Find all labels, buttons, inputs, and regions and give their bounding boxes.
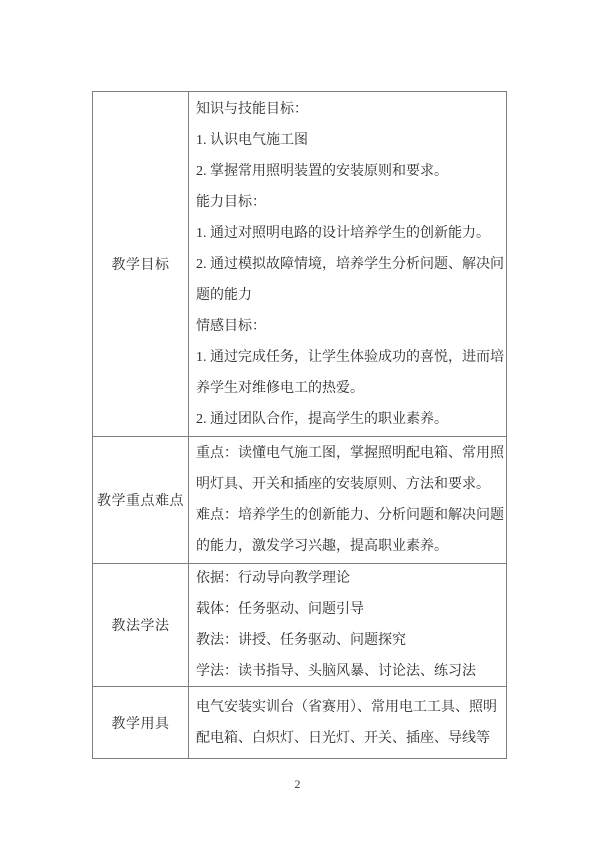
row-label-text: 教学用具 [112, 713, 170, 733]
lesson-plan-table: 教学目标 知识与技能目标： 1. 认识电气施工图 2. 掌握常用照明装置的安装原… [92, 91, 507, 759]
content-line: 学法：读书指导、头脑风暴、讨论法、练习法 [196, 656, 506, 686]
row-content-teaching-methods: 依据：行动导向教学理论 载体：任务驱动、问题引导 教法：讲授、任务驱动、问题探究… [189, 563, 506, 686]
content-line: 知识与技能目标： [196, 94, 506, 125]
row-label-key-difficult-points: 教学重点难点 [93, 436, 189, 563]
content-line: 1. 认识电气施工图 [196, 125, 506, 156]
row-label-teaching-methods: 教法学法 [93, 563, 189, 686]
content-line: 养学生对维修电工的热爱。 [196, 373, 506, 404]
content-line: 情感目标： [196, 311, 506, 342]
content-line: 难点：培养学生的创新能力、分析问题和解决问题 [196, 500, 506, 531]
content-line: 1. 通过完成任务，让学生体验成功的喜悦，进而培 [196, 342, 506, 373]
content-line: 明灯具、开关和插座的安装原则、方法和要求。 [196, 469, 506, 500]
row-label-teaching-tools: 教学用具 [93, 686, 189, 758]
content-line: 教法：讲授、任务驱动、问题探究 [196, 625, 506, 656]
row-label-text: 教法学法 [112, 615, 170, 635]
row-label-text: 教学重点难点 [97, 490, 184, 510]
content-line: 配电箱、白炽灯、日光灯、开关、插座、导线等 [196, 723, 506, 754]
content-line: 电气安装实训台（省赛用）、常用电工工具、照明 [196, 692, 506, 723]
row-label-text: 教学目标 [112, 254, 170, 274]
content-line: 2. 通过模拟故障情境，培养学生分析问题、解决问 [196, 249, 506, 280]
content-line: 2. 通过团队合作，提高学生的职业素养。 [196, 404, 506, 435]
content-line: 的能力，激发学习兴趣，提高职业素养。 [196, 531, 506, 562]
page-number: 2 [0, 777, 595, 792]
row-content-key-difficult-points: 重点：读懂电气施工图，掌握照明配电箱、常用照 明灯具、开关和插座的安装原则、方法… [189, 436, 506, 563]
content-line: 依据：行动导向教学理论 [196, 563, 506, 594]
content-line: 能力目标： [196, 187, 506, 218]
row-label-teaching-objectives: 教学目标 [93, 92, 189, 436]
content-line: 1. 通过对照明电路的设计培养学生的创新能力。 [196, 218, 506, 249]
content-line: 2. 掌握常用照明装置的安装原则和要求。 [196, 156, 506, 187]
content-line: 题的能力 [196, 280, 506, 311]
row-content-teaching-tools: 电气安装实训台（省赛用）、常用电工工具、照明 配电箱、白炽灯、日光灯、开关、插座… [189, 686, 506, 758]
row-content-teaching-objectives: 知识与技能目标： 1. 认识电气施工图 2. 掌握常用照明装置的安装原则和要求。… [189, 92, 506, 436]
content-line: 载体：任务驱动、问题引导 [196, 594, 506, 625]
content-line: 重点：读懂电气施工图，掌握照明配电箱、常用照 [196, 438, 506, 469]
document-page: 教学目标 知识与技能目标： 1. 认识电气施工图 2. 掌握常用照明装置的安装原… [0, 0, 595, 842]
